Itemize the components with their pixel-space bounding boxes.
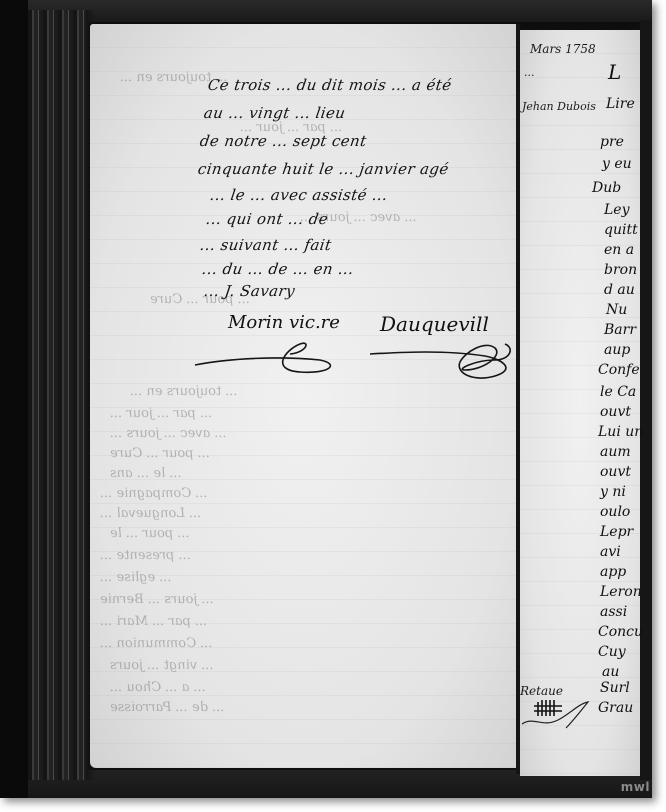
- edge-word: Dub: [592, 180, 621, 196]
- entry-line: ... qui ont ... de: [205, 210, 330, 228]
- bleed-line: ... jours ... Bernie: [99, 592, 215, 607]
- edge-word: assi: [600, 604, 627, 620]
- bleed-line: ... Compagnie ...: [99, 486, 208, 501]
- edge-word: Lepr: [600, 524, 633, 540]
- entry-line: ... suivant ... fait: [199, 236, 333, 254]
- edge-word: Barr: [604, 322, 636, 338]
- edge-word: pre: [600, 134, 624, 150]
- edge-word: ouvt: [600, 404, 631, 420]
- bleed-line: ... eglise ...: [99, 570, 172, 585]
- edge-word: oulo: [600, 504, 630, 520]
- margin-note: ...: [524, 66, 535, 79]
- edge-word: Confe: [598, 362, 640, 378]
- scanner-border-left: [0, 0, 28, 798]
- entry-line: Ce trois ... du dit mois ... a été: [207, 76, 453, 94]
- edge-word: Surl: [600, 680, 630, 696]
- mark-signature: [518, 694, 598, 734]
- entry-line: ... du ... de ... en ...: [201, 260, 355, 278]
- edge-word: ouvt: [600, 464, 631, 480]
- edge-word: L: [608, 60, 621, 84]
- bleed-line: ... pour ... le: [109, 526, 190, 541]
- edge-word: Ley: [604, 202, 630, 218]
- bleed-line: ... Communion ...: [99, 636, 213, 651]
- signature-left-flourish: [190, 330, 340, 380]
- bleed-line: ... avec ... jours ...: [109, 426, 227, 441]
- edge-word: aup: [604, 342, 630, 358]
- edge-word: Leron: [600, 584, 642, 600]
- edge-word: y eu: [602, 156, 632, 172]
- edge-word: Grau: [598, 700, 633, 716]
- edge-word: y ni: [600, 484, 626, 500]
- bleed-line: ... presente ...: [99, 548, 192, 563]
- bleed-line: ... pour ... Cure: [109, 446, 211, 461]
- page-stack-edges: [28, 10, 88, 780]
- bleed-line: ... de ... Parroisse: [109, 700, 225, 715]
- edge-word: Lui un: [598, 424, 643, 440]
- bleed-line: ... par ... jour ...: [109, 406, 213, 421]
- entry-line: cinquante huit le ... janvier agé: [197, 160, 450, 178]
- bleed-line: ... le ... ans: [109, 466, 182, 481]
- margin-date: Mars 1758: [530, 42, 596, 56]
- edge-word: d au: [604, 282, 635, 298]
- margin-name: Jehan Dubois: [522, 100, 596, 113]
- edge-word: app: [600, 564, 626, 580]
- edge-word: Cuy: [598, 644, 626, 660]
- bleed-line: ... toujours en ...: [129, 384, 238, 399]
- bleed-line: ... a ... Chou ...: [109, 680, 207, 695]
- entry-line: ... J. Savary: [203, 282, 296, 300]
- edge-word: Nu: [606, 302, 627, 318]
- bleed-line: ... par ... Mari ...: [99, 614, 208, 629]
- edge-word: Lire: [606, 96, 635, 112]
- bleed-line: ... vingt ... jours: [109, 658, 214, 673]
- edge-word: en a: [604, 242, 634, 258]
- entry-line: au ... vingt ... lieu: [203, 104, 347, 122]
- signature-right-flourish: [365, 330, 525, 386]
- entry-line: ... le ... avec assisté ...: [209, 186, 389, 204]
- bleed-line: ... Longueval ...: [99, 506, 202, 521]
- watermark: mwl: [621, 780, 650, 794]
- edge-word: au: [602, 664, 619, 680]
- edge-word: quitt: [604, 222, 638, 238]
- edge-word: bron: [604, 262, 637, 278]
- book-top-edge: [28, 0, 652, 22]
- scanner-border-right: [640, 20, 652, 780]
- entry-line: de notre ... sept cent: [199, 132, 368, 150]
- edge-word: Concu: [598, 624, 643, 640]
- edge-word: avi: [600, 544, 621, 560]
- edge-word: le Ca: [600, 384, 636, 400]
- edge-word: aum: [600, 444, 631, 460]
